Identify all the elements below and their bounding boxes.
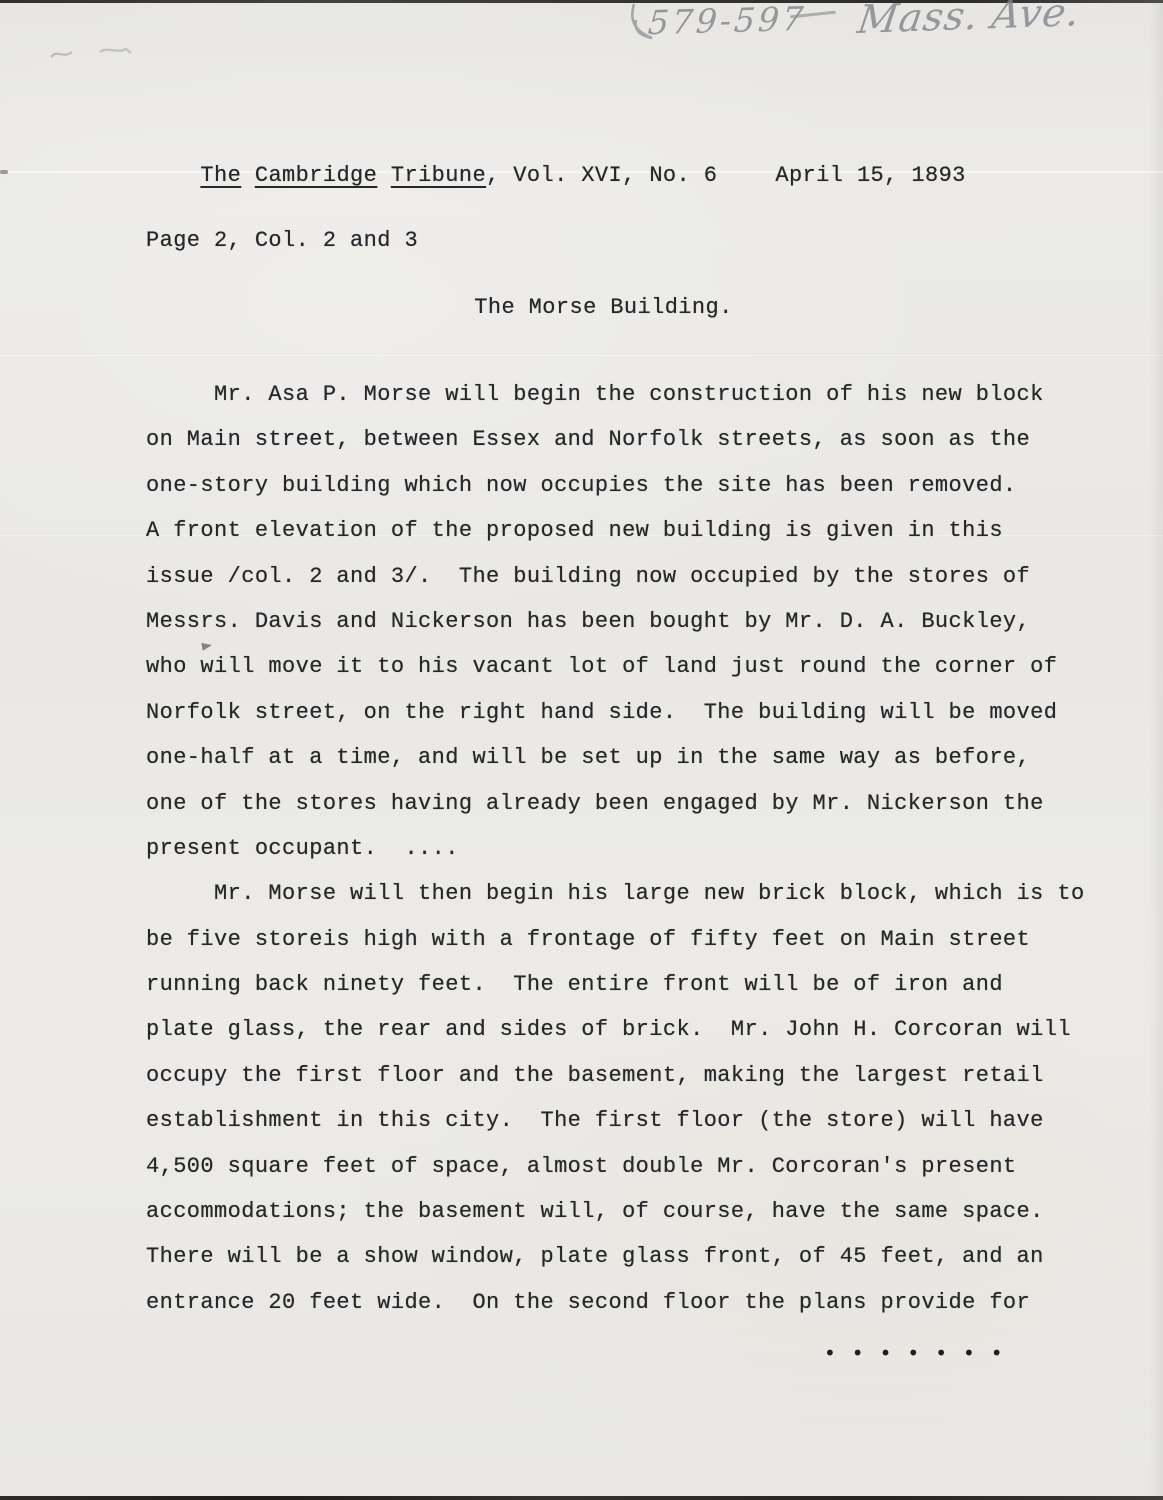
document-page: 579-597 Mass. Ave. The Cambridge Tribune… bbox=[0, 0, 1163, 1500]
text-line: occupy the first floor and the basement,… bbox=[146, 1053, 1085, 1098]
text-line: Mr. Morse will then begin his large new … bbox=[146, 871, 1085, 916]
paragraph: Mr. Asa P. Morse will begin the construc… bbox=[146, 372, 1085, 871]
text-line: one-story building which now occupies th… bbox=[146, 463, 1085, 508]
text-line: accommodations; the basement will, of co… bbox=[146, 1189, 1085, 1234]
text-line: who will move it to his vacant lot of la… bbox=[146, 644, 1085, 689]
scan-edge-mark bbox=[0, 170, 8, 174]
text-line: one of the stores having already been en… bbox=[146, 781, 1085, 826]
text-line: be five storeis high with a frontage of … bbox=[146, 917, 1085, 962]
article-title: The Morse Building. bbox=[0, 293, 1163, 323]
text-line: There will be a show window, plate glass… bbox=[146, 1234, 1085, 1279]
handwritten-street-note: Mass. Ave. bbox=[855, 0, 1083, 43]
document-header: The Cambridge Tribune, Vol. XVI, No. 6Ap… bbox=[146, 131, 966, 221]
text-line: Mr. Asa P. Morse will begin the construc… bbox=[146, 372, 1085, 417]
text-line: plate glass, the rear and sides of brick… bbox=[146, 1007, 1085, 1052]
text-line: A front elevation of the proposed new bu… bbox=[146, 508, 1085, 553]
text-line: Messrs. Davis and Nickerson has been bou… bbox=[146, 599, 1085, 644]
text-line: one-half at a time, and will be set up i… bbox=[146, 735, 1085, 780]
text-line: Norfolk street, on the right hand side. … bbox=[146, 690, 1085, 735]
text-line: present occupant. .... bbox=[146, 826, 1085, 871]
section-end-dots: ••••••• bbox=[824, 1338, 1019, 1368]
paper-crease bbox=[0, 355, 1163, 356]
article-body: Mr. Asa P. Morse will begin the construc… bbox=[146, 372, 1085, 1325]
text-line: issue /col. 2 and 3/. The building now o… bbox=[146, 554, 1085, 599]
scan-edge-bottom bbox=[0, 1496, 1163, 1500]
text-line: 4,500 square feet of space, almost doubl… bbox=[146, 1144, 1085, 1189]
text-line: on Main street, between Essex and Norfol… bbox=[146, 417, 1085, 462]
paragraph: Mr. Morse will then begin his large new … bbox=[146, 871, 1085, 1325]
masthead-word: The bbox=[200, 163, 241, 188]
text-line: establishment in this city. The first fl… bbox=[146, 1098, 1085, 1143]
issue-date: April 15, 1893 bbox=[775, 163, 965, 188]
text-line: entrance 20 feet wide. On the second flo… bbox=[146, 1280, 1085, 1325]
handwritten-catalog-number: 579-597 bbox=[646, 0, 807, 42]
page-column-reference: Page 2, Col. 2 and 3 bbox=[146, 226, 418, 256]
masthead-word: Tribune bbox=[391, 163, 486, 188]
pencil-squiggle-mark bbox=[48, 40, 133, 64]
pencil-arrowhead-mark bbox=[201, 641, 212, 651]
issue-info: , Vol. XVI, No. 6 bbox=[486, 163, 717, 188]
text-line: running back ninety feet. The entire fro… bbox=[146, 962, 1085, 1007]
masthead-word: Cambridge bbox=[255, 163, 377, 188]
